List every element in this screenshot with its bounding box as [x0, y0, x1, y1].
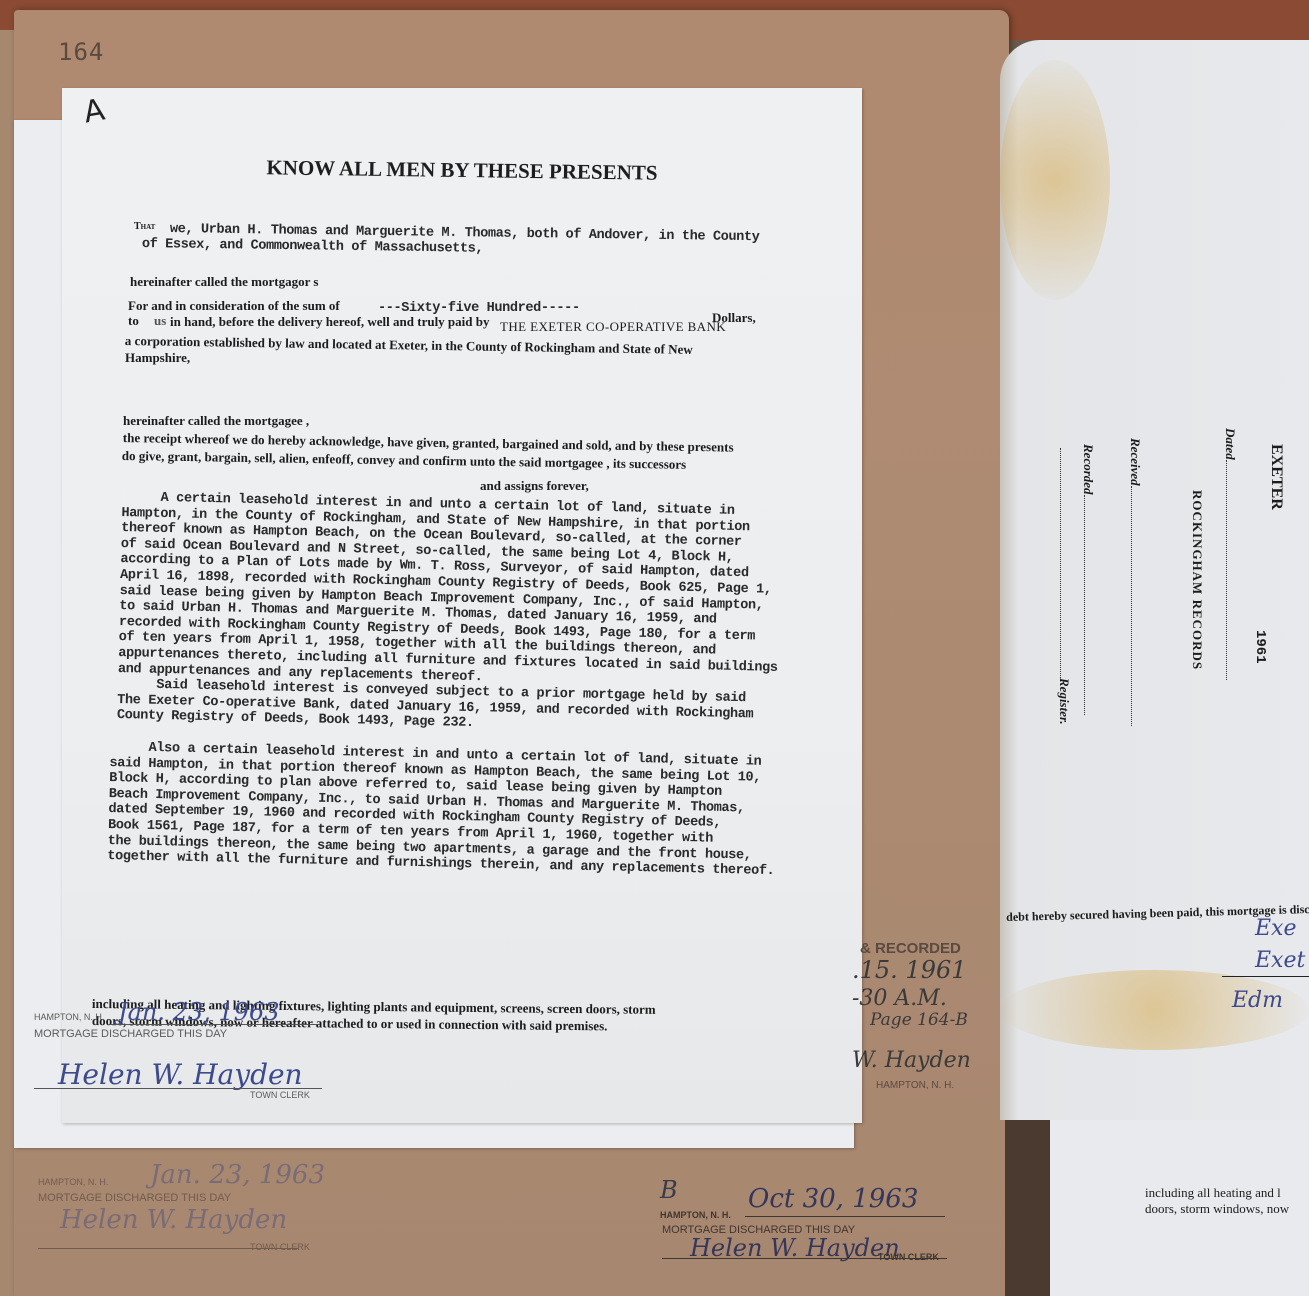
mortgagor-label: hereinafter called the mortgagor s	[130, 274, 318, 290]
recorded-signature: W. Hayden	[852, 1048, 971, 1073]
grantor-prefix: That	[134, 221, 155, 232]
stamp-date: Jan. 23, 1963	[150, 1160, 325, 1190]
records-title: ROCKINGHAM RECORDS	[1189, 490, 1205, 670]
recorded-time: -30 A.M.	[852, 986, 947, 1011]
register-field: Register.	[1056, 448, 1072, 725]
mortgagee-label: hereinafter called the mortgagee ,	[123, 413, 309, 429]
facing-page: EXETER 1961 Dated ROCKINGHAM RECORDS Rec…	[1000, 40, 1309, 1120]
received-label: Received	[1128, 438, 1143, 486]
right-header: EXETER	[1267, 444, 1285, 510]
stamp-place: HAMPTON, N. H.	[660, 1210, 731, 1220]
recorded-date: .15. 1961	[852, 956, 967, 984]
stamp-title: TOWN CLERK	[250, 1242, 310, 1252]
stamp-place: HAMPTON, N. H.	[34, 1012, 104, 1022]
deed-title: KNOW ALL MEN BY THESE PRESENTS	[62, 152, 862, 188]
register-label: Register.	[1057, 678, 1072, 725]
right-handwriting-1: Exe	[1255, 916, 1297, 941]
mortgage-deed: A KNOW ALL MEN BY THESE PRESENTS That we…	[62, 88, 862, 1123]
stamp-signature: Helen W. Hayden	[58, 1058, 303, 1091]
recorded-place: HAMPTON, N. H.	[876, 1080, 954, 1091]
stamp-date: Jan. 23, 1963	[118, 998, 280, 1026]
paid-us: us	[154, 313, 166, 329]
stamp-date: Oct 30, 1963	[748, 1184, 918, 1214]
recorded-page: Page 164-B	[870, 1010, 968, 1030]
stamp-place: HAMPTON, N. H.	[38, 1177, 108, 1187]
dated-field: Dated	[1222, 428, 1238, 680]
stamp-label: MORTGAGE DISCHARGED THIS DAY	[38, 1192, 231, 1204]
right-handwriting-3: Edm	[1232, 988, 1283, 1013]
right-bottom-line-2: doors, storm windows, now	[1145, 1201, 1289, 1217]
recorded-field: Recorded	[1080, 444, 1096, 715]
corner-mark: A	[81, 92, 107, 130]
right-bottom-line-1: including all heating and l	[1145, 1185, 1281, 1201]
stamp-title: TOWN CLERK	[250, 1090, 310, 1100]
stamp-signature: Helen W. Hayden	[60, 1205, 287, 1235]
stamp-label: MORTGAGE DISCHARGED THIS DAY	[34, 1028, 227, 1040]
corporation-line-2: Hampshire,	[125, 350, 190, 366]
page-number: 164	[58, 38, 104, 66]
received-field: Received	[1127, 438, 1143, 726]
paid-line: in hand, before the delivery hereof, wel…	[170, 314, 489, 330]
paid-to: to	[128, 313, 139, 329]
book-binding	[1005, 1120, 1050, 1296]
recorded-label: Recorded	[1081, 444, 1096, 495]
corporation-line: a corporation established by law and loc…	[125, 333, 693, 358]
stamp-title: TOWN CLERK	[878, 1252, 939, 1262]
facing-page-lower: including all heating and l doors, storm…	[1050, 1120, 1309, 1296]
stamp-mark: B	[660, 1176, 678, 1204]
dated-label: Dated	[1223, 428, 1238, 460]
consideration-label: For and in consideration of the sum of	[128, 298, 340, 314]
recorded-label: & RECORDED	[860, 940, 961, 957]
assigns-line: and assigns forever,	[480, 478, 589, 494]
right-year: 1961	[1252, 630, 1268, 664]
bank-name: THE EXETER CO-OPERATIVE BANK	[500, 319, 726, 335]
right-handwriting-2: Exet	[1255, 948, 1305, 973]
